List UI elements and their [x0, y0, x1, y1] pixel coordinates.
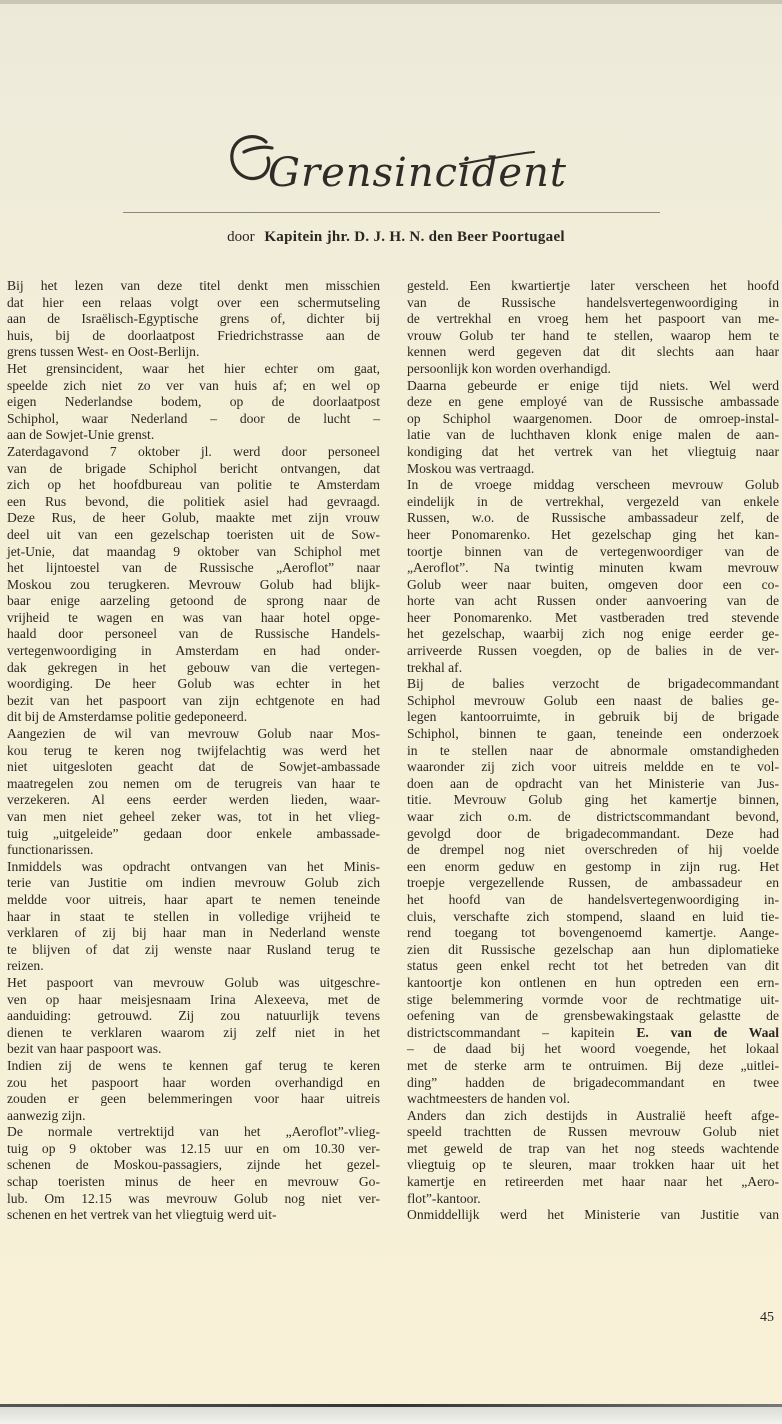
page-number: 45 — [760, 1310, 774, 1326]
text-line: van men niet geheel zeker was, tot in he… — [7, 809, 380, 826]
text-line: schap toeristen minus de heer en mevrouw… — [7, 1174, 380, 1191]
text-line: in te stellen naar de abnormale omstandi… — [407, 743, 779, 760]
text-line: huis, bij de doorlaatpost Friedrichstras… — [7, 328, 380, 345]
text-line: Het grensincident, waar het hier echter … — [7, 361, 380, 378]
text-line: De normale vertrektijd van het „Aeroflot… — [7, 1124, 380, 1141]
article-title-text: Grensincident — [268, 150, 567, 196]
text-line: schenen en het vertrek van het vliegtuig… — [7, 1207, 380, 1224]
text-line: het lijntoestel van de Russische „Aerofl… — [7, 560, 380, 577]
text-line: met geweld de trap van het nog steeds wa… — [407, 1141, 779, 1158]
text-line: lub. Om 12.15 was mevrouw Golub nog niet… — [7, 1191, 380, 1208]
text-line: Schiphol, waar Nederland – door de lucht… — [7, 411, 380, 428]
text-line: van de Russische handelsvertegenwoordigi… — [407, 295, 779, 312]
paragraph: Het paspoort van mevrouw Golub was uitge… — [7, 975, 380, 1058]
left-text-column: Bij het lezen van deze titel denkt men m… — [7, 278, 380, 1224]
text-line: een Rus bevond, die politiek asiel had g… — [7, 494, 380, 511]
text-line: waaronder zij zich voor uitreis meldde e… — [407, 759, 779, 776]
text-line: Daarna gebeurde er enige tijd niets. Wel… — [407, 378, 779, 395]
text-line: schenen de Moskou-passagiers, zijnde het… — [7, 1157, 380, 1174]
paragraph: Het grensincident, waar het hier echter … — [7, 361, 380, 444]
text-line: bezit van het paspoort van zijn echtgeno… — [7, 693, 380, 710]
byline-prefix: door — [227, 229, 255, 245]
text-line: stige belemmering vormde voor de rechtma… — [407, 992, 779, 1009]
text-line: tuig „uitgeleide” gedaan door enkele amb… — [7, 826, 380, 843]
text-line: Onmiddellijk werd het Ministerie van Jus… — [407, 1207, 779, 1224]
text-line: de drempel nog niet overschreden of hij … — [407, 842, 779, 859]
text-line: „Aeroflot”. Na twintig minuten kwam mevr… — [407, 560, 779, 577]
text-line: oefening van de grensbewakingstaak gelas… — [407, 1008, 779, 1025]
byline: door Kapitein jhr. D. J. H. N. den Beer … — [0, 229, 782, 246]
text-line: vrijheid te wagen en was van haar hotel … — [7, 610, 380, 627]
text-line: Russen, w.o. de Russische ambassadeur ze… — [407, 510, 779, 527]
text-line: vliegtuig op te sleuren, maar trokken ha… — [407, 1157, 779, 1174]
text-line: verzekeren. Al eens eerder werden lieden… — [7, 792, 380, 809]
text-line: arriveerde Russen voegden, op de balies … — [407, 643, 779, 660]
text-line: eigen Nederlandse bodem, op de doorlaatp… — [7, 394, 380, 411]
text-line: aanduiding: getrouwd. Zij zou natuurlijk… — [7, 1008, 380, 1025]
text-line: van de brigade Schiphol bericht ontvange… — [7, 461, 380, 478]
text-line: Inmiddels was opdracht ontvangen van het… — [7, 859, 380, 876]
text-line: Het paspoort van mevrouw Golub was uitge… — [7, 975, 380, 992]
text-line: kamertje en retireerden met haar naar he… — [407, 1174, 779, 1191]
paragraph: Anders dan zich destijds in Australië he… — [407, 1108, 779, 1208]
text-line: maatregelen zou nemen om de terugreis va… — [7, 776, 380, 793]
text-line: Golub weer naar buiten, omgeven door een… — [407, 577, 779, 594]
text-line: op Schiphol waargenomen. Door de omroep-… — [407, 411, 779, 428]
text-line: speeld trachtten de Russen mevrouw Golub… — [407, 1124, 779, 1141]
text-line: legen kantoorruimte, in gebruik bij de b… — [407, 709, 779, 726]
paragraph: In de vroege middag verscheen mevrouw Go… — [407, 477, 779, 676]
text-line: dit bij de Amsterdamse politie gedeponee… — [7, 709, 380, 726]
text-line: Moskou was vertraagd. — [407, 461, 779, 478]
text-line: In de vroege middag verscheen mevrouw Go… — [407, 477, 779, 494]
text-line: Schiphol mevrouw Golub een naast de bali… — [407, 693, 779, 710]
text-line: grens tussen West- en Oost-Berlijn. — [7, 344, 380, 361]
article-title: Grensincident — [222, 128, 582, 198]
text-line: aan de Israëlisch-Egyptische grens of, d… — [7, 311, 380, 328]
text-line: cluis, verschafte zich stompend, slaand … — [407, 909, 779, 926]
text-line: status geen enkel recht tot het betreden… — [407, 958, 779, 975]
text-line: heer Ponomarenko. Met vastberaden tred s… — [407, 610, 779, 627]
paragraph: Indien zij de wens te kennen gaf terug t… — [7, 1058, 380, 1124]
text-line: Schiphol, binnen te gaan, teneinde een o… — [407, 726, 779, 743]
text-line: de vertrekhal en vroeg hem het paspoort … — [407, 311, 779, 328]
text-line: zou het paspoort haar worden overhandigd… — [7, 1075, 380, 1092]
text-line: functionarissen. — [7, 842, 380, 859]
text-line: haald door personeel van de Russische Ha… — [7, 626, 380, 643]
text-line: Bij het lezen van deze titel denkt men m… — [7, 278, 380, 295]
scan-margin — [0, 1407, 782, 1424]
text-line: kennen werd gegeven dat dit slechts aan … — [407, 344, 779, 361]
paragraph: Bij het lezen van deze titel denkt men m… — [7, 278, 380, 361]
text-line: kou terug te keren nog twijfelachtig was… — [7, 743, 380, 760]
text-line: zich op het hoofdbureau van politie te A… — [7, 477, 380, 494]
text-line: speelde zich niet zo ver van huis af; en… — [7, 378, 380, 395]
text-line: meldde voor uitreis, haar apart te nemen… — [7, 892, 380, 909]
text-line: te blijven of dat zij wenste naar Ruslan… — [7, 942, 380, 959]
paragraph: Aangezien de wil van mevrouw Golub naar … — [7, 726, 380, 859]
text-line: wachtmeesters de handen vol. — [407, 1091, 779, 1108]
text-line: haar in staat te stellen in volledige vr… — [7, 909, 380, 926]
magazine-page: Grensincident door Kapitein jhr. D. J. H… — [0, 0, 782, 1404]
text-line: flot”-kantoor. — [407, 1191, 779, 1208]
text-line: eindelijk in de vertrekhal, vergezeld va… — [407, 494, 779, 511]
paragraph: gesteld. Een kwartiertje later verscheen… — [407, 278, 779, 378]
text-line: aan de Sowjet-Unie grenst. — [7, 427, 380, 444]
bold-name: E. van de Waal — [636, 1025, 779, 1040]
text-line: horte van acht Russen onder aanvoering v… — [407, 593, 779, 610]
paragraph: Daarna gebeurde er enige tijd niets. Wel… — [407, 378, 779, 478]
text-line: een enorm geduw en gestomp in zijn rug. … — [407, 859, 779, 876]
text-line: latie van de luchthaven klonk enige male… — [407, 427, 779, 444]
text-line: zouden er geen belemmeringen voor haar u… — [7, 1091, 380, 1108]
text-line: dat hier een relaas volgt over een scher… — [7, 295, 380, 312]
text-line: ven op haar meisjesnaam Irina Alexeeva, … — [7, 992, 380, 1009]
text-line: – de daad bij het woord voegende, het lo… — [407, 1041, 779, 1058]
paragraph: De normale vertrektijd van het „Aeroflot… — [7, 1124, 380, 1224]
text-line: troepje vergezellende Russen, de ambassa… — [407, 875, 779, 892]
paragraph: Inmiddels was opdracht ontvangen van het… — [7, 859, 380, 975]
text-line: kondiging dat het vertrek van het vliegt… — [407, 444, 779, 461]
text-line: Aangezien de wil van mevrouw Golub naar … — [7, 726, 380, 743]
text-line: rend toegang tot bovengenoemd kamertje. … — [407, 925, 779, 942]
text-line: waar zich o.m. de districtscommandant be… — [407, 809, 779, 826]
text-line: het hoofd van de handelsvertegenwoordigi… — [407, 892, 779, 909]
text-line: ding” hadden de brigadecommandant en twe… — [407, 1075, 779, 1092]
text-line: aanwezig zijn. — [7, 1108, 380, 1125]
paragraph: Onmiddellijk werd het Ministerie van Jus… — [407, 1207, 779, 1224]
text-line: verklaren of zij bij haar man in Nederla… — [7, 925, 380, 942]
text-line: woordiging. De heer Golub was echter in … — [7, 676, 380, 693]
text-line: vertegenwoordiging in Amsterdam en had o… — [7, 643, 380, 660]
text-line: Bij de balies verzocht de brigadecommand… — [407, 676, 779, 693]
title-divider — [123, 212, 660, 213]
text-line: heer Ponomarenko. Het gezelschap ging he… — [407, 527, 779, 544]
text-line: doen aan de opdracht van het Ministerie … — [407, 776, 779, 793]
text-line: Deze Rus, de heer Golub, maakte met zijn… — [7, 510, 380, 527]
text-line: met de sterke arm te ontruimen. Bij deze… — [407, 1058, 779, 1075]
text-line: dienen te verklaren waarom zij zelf niet… — [7, 1025, 380, 1042]
text-line: baar enige aarzeling getoond de sprong n… — [7, 593, 380, 610]
text-line: jet-Unie, dat maandag 9 oktober van Schi… — [7, 544, 380, 561]
text-line: persoonlijk kon worden overhandigd. — [407, 361, 779, 378]
text-line: titie. Mevrouw Golub ging het kamertje b… — [407, 792, 779, 809]
paragraph: Zaterdagavond 7 oktober jl. werd door pe… — [7, 444, 380, 726]
paragraph: Bij de balies verzocht de brigadecommand… — [407, 676, 779, 1107]
text-line: bezit van haar paspoort was. — [7, 1041, 380, 1058]
text-line: het gezelschap, waarbij zich nog enige e… — [407, 626, 779, 643]
text-line: Moskou zou terugkeren. Mevrouw Golub had… — [7, 577, 380, 594]
page-top-edge — [0, 0, 782, 4]
text-line: Zaterdagavond 7 oktober jl. werd door pe… — [7, 444, 380, 461]
text-line: zien dit Russische gezelschap aan hun di… — [407, 942, 779, 959]
text-line: districtscommandant – kapitein E. van de… — [407, 1025, 779, 1042]
right-text-column: gesteld. Een kwartiertje later verscheen… — [407, 278, 779, 1224]
text-line: toortje binnen van de vertegenwoordiger … — [407, 544, 779, 561]
text-line: gesteld. Een kwartiertje later verscheen… — [407, 278, 779, 295]
text-line: Anders dan zich destijds in Australië he… — [407, 1108, 779, 1125]
text-line: reizen. — [7, 958, 380, 975]
text-line: tuig op 9 oktober was 12.15 uur en om 10… — [7, 1141, 380, 1158]
byline-author: Kapitein jhr. D. J. H. N. den Beer Poort… — [264, 229, 565, 245]
text-line: Indien zij de wens te kennen gaf terug t… — [7, 1058, 380, 1075]
text-line: vrouw Golub ter hand te stellen, waarop … — [407, 328, 779, 345]
text-line: deel uit van een gezelschap toeristen ui… — [7, 527, 380, 544]
text-line: deze en gene employé van de Russische am… — [407, 394, 779, 411]
text-line: niet uitgesloten geacht dat de Sowjet-am… — [7, 759, 380, 776]
text-line: kantoortje kon ontlenen en hun optreden … — [407, 975, 779, 992]
text-line: trekhal af. — [407, 660, 779, 677]
text-line: gevolgd door de brigadecommandant. Deze … — [407, 826, 779, 843]
text-line: dak gekregen in het gebouw van die verte… — [7, 660, 380, 677]
text-line: terie van Justitie om indien mevrouw Gol… — [7, 875, 380, 892]
